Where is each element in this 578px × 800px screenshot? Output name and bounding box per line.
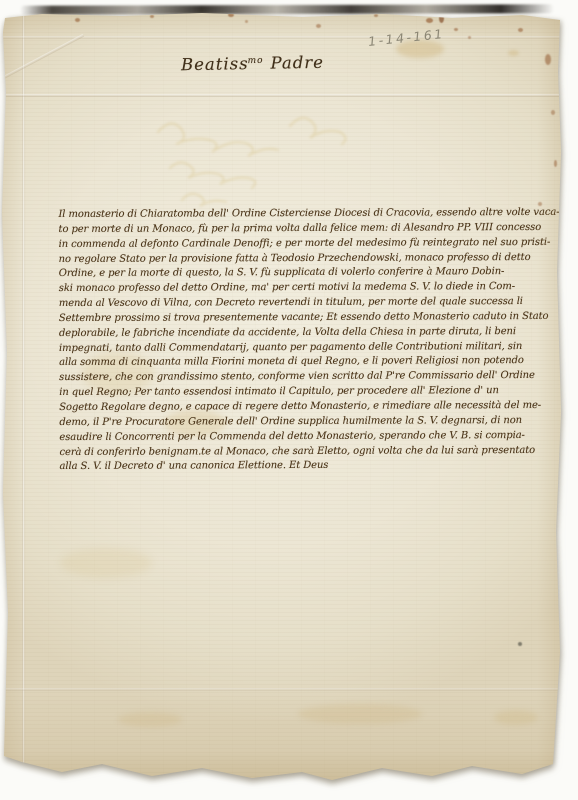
salutation: BeatissmoPadre bbox=[181, 53, 324, 74]
manuscript-line: to per morte di un Monaco, fù per la pri… bbox=[58, 221, 538, 238]
stain bbox=[60, 548, 152, 578]
stain bbox=[245, 20, 248, 23]
stain bbox=[150, 15, 154, 18]
salutation-word: Beatiss bbox=[181, 54, 249, 74]
paper-shadow-wrap: 1-14-161 BeatissmoPadre Il monasterio di… bbox=[0, 0, 578, 800]
stain bbox=[75, 18, 80, 22]
fold-crease-corner bbox=[0, 34, 84, 81]
manuscript-line: esaudire li Concorrenti per la Commenda … bbox=[59, 429, 539, 446]
stain bbox=[316, 24, 321, 28]
stain bbox=[426, 18, 433, 23]
stain bbox=[545, 54, 551, 65]
stain bbox=[494, 710, 538, 725]
manuscript-paper: 1-14-161 BeatissmoPadre Il monasterio di… bbox=[2, 12, 563, 784]
stain bbox=[228, 13, 234, 17]
stain bbox=[439, 14, 444, 23]
fold-crease-vertical-left bbox=[22, 12, 25, 784]
stain bbox=[118, 712, 182, 727]
manuscript-line: in commenda al defonto Cardinale Denoffi… bbox=[59, 236, 539, 253]
fold-crease-top bbox=[2, 36, 563, 39]
fold-crease-upper bbox=[2, 94, 563, 97]
stain bbox=[518, 642, 522, 646]
salutation-word: Padre bbox=[270, 53, 324, 73]
stain bbox=[518, 28, 523, 32]
stain bbox=[468, 36, 471, 39]
manuscript-line: alla S. V. il Decreto d' una canonica El… bbox=[60, 458, 540, 475]
stain bbox=[551, 110, 555, 115]
manuscript-line: cerà di conferirlo benignam.te al Monaco… bbox=[59, 443, 539, 460]
stain bbox=[454, 28, 458, 31]
letter-body: Il monasterio di Chiaratomba dell' Ordin… bbox=[58, 206, 539, 475]
stain bbox=[554, 160, 557, 167]
fold-crease-lower bbox=[2, 688, 563, 691]
archival-number: 1-14-161 bbox=[367, 26, 445, 49]
manuscript-line: demo, il P're Procuratore Generale dell'… bbox=[59, 414, 539, 431]
stain bbox=[374, 14, 378, 17]
salutation-superscript: mo bbox=[247, 55, 263, 65]
stain bbox=[298, 704, 422, 724]
stain bbox=[538, 202, 542, 206]
manuscript-line: deplorabile, le fabriche incendiate da a… bbox=[59, 325, 539, 342]
stain bbox=[508, 50, 519, 56]
